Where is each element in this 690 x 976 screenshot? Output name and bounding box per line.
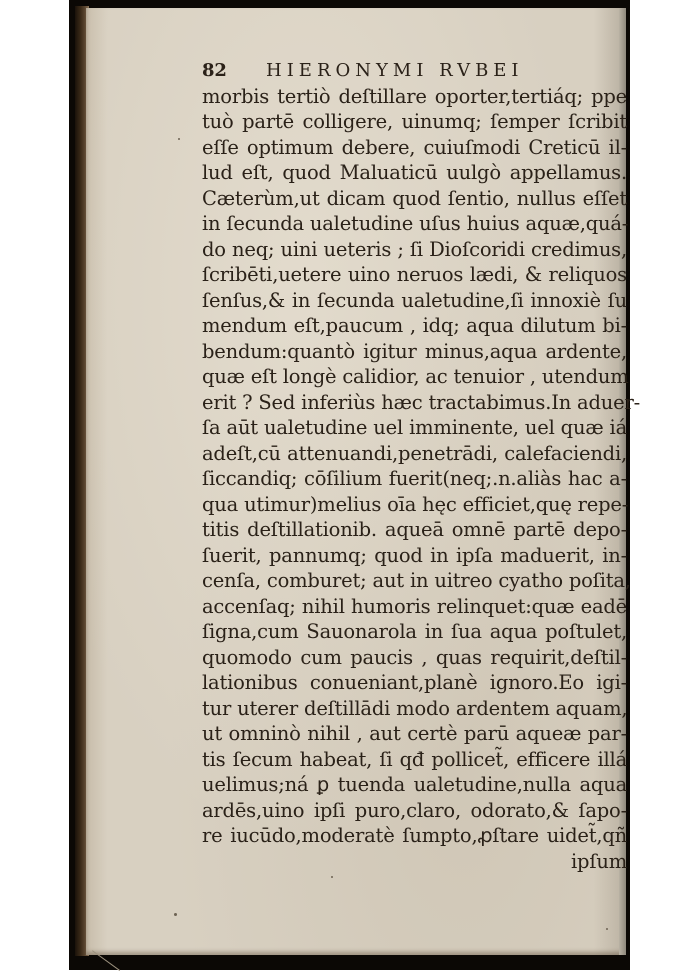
text-line: re iucūdo,moderatè ſumpto,ꝓſtare uidet̃,… <box>202 823 627 849</box>
text-line: titis deſtillationib. aqueā omnē partē d… <box>202 517 627 543</box>
text-line: ſenſus,& in ſecunda ualetudine,ſi innoxi… <box>202 288 627 314</box>
text-line: quæ eſt longè calidior, ac tenuior , ute… <box>202 364 627 390</box>
text-line: tis ſecum habeat, ſi qđ pollicet̃, effic… <box>202 747 627 773</box>
text-line: tuò partē colligere, uinumq; ſemper ſcri… <box>202 109 627 135</box>
text-line: Cæterùm,ut dicam quod ſentio, nullus eſſ… <box>202 186 627 212</box>
text-line: lationibus conueniant,planè ignoro.Eo ig… <box>202 670 627 696</box>
text-line: in ſecunda ualetudine uſus huius aquæ,qu… <box>202 211 627 237</box>
text-line: ſa aūt ualetudine uel imminente, uel quæ… <box>202 415 627 441</box>
text-line: qua utimur)melius oīa hęc efficiet,quę r… <box>202 492 627 518</box>
text-line: bendum:quantò igitur minus,aqua ardente, <box>202 339 627 365</box>
text-line: erit ? Sed inferiùs hæc tractabimus.In a… <box>202 390 627 416</box>
page-header: 82 HIERONYMI RVBEI <box>202 58 627 84</box>
page-number: 82 <box>202 58 266 84</box>
text-line: ſigna,cum Sauonarola in ſua aqua poſtule… <box>202 619 627 645</box>
text-line: ſcribēti,uetere uino neruos lædi, & reli… <box>202 262 627 288</box>
text-line: do neq; uini ueteris ; ſi Dioſcoridi cre… <box>202 237 627 263</box>
text-block: 82 HIERONYMI RVBEI morbis tertiò deſtill… <box>202 58 627 874</box>
text-line: morbis tertiò deſtillare oporter,tertiáq… <box>202 84 627 110</box>
scanned-page-frame: 82 HIERONYMI RVBEI morbis tertiò deſtill… <box>69 0 630 970</box>
running-head: HIERONYMI RVBEI <box>266 58 524 84</box>
book-page: 82 HIERONYMI RVBEI morbis tertiò deſtill… <box>86 8 626 955</box>
text-line: mendum eſt,paucum , idq; aqua dilutum bi… <box>202 313 627 339</box>
corner-fold-mark <box>92 950 120 971</box>
catchword: ipſum <box>202 849 627 875</box>
text-line: lud eſt, quod Maluaticū uulgò appellamus… <box>202 160 627 186</box>
text-line: eſſe optimum debere, cuiuſmodi Creticū i… <box>202 135 627 161</box>
text-line: tur uterer deſtillādi modo ardentem aqua… <box>202 696 627 722</box>
text-line: accenſaq; nihil humoris relinquet:quæ ea… <box>202 594 627 620</box>
text-line: ut omninò nihil , aut certè parū aqueæ p… <box>202 721 627 747</box>
text-line: adeſt,cū attenuandi,penetrādi, calefacie… <box>202 441 627 467</box>
text-line: uelimus;ná ꝑ tuenda ualetudine,nulla aqu… <box>202 772 627 798</box>
text-line: cenſa, comburet; aut in uitreo cyatho po… <box>202 568 627 594</box>
text-line: quomodo cum paucis , quas requirit,deſti… <box>202 645 627 671</box>
text-line: ardēs,uino ipſi puro,claro, odorato,& ſa… <box>202 798 627 824</box>
text-line: ſiccandiq; cōſilium fuerit(neq;.n.aliàs … <box>202 466 627 492</box>
text-line: ſuerit, pannumq; quod in ipſa maduerit, … <box>202 543 627 569</box>
